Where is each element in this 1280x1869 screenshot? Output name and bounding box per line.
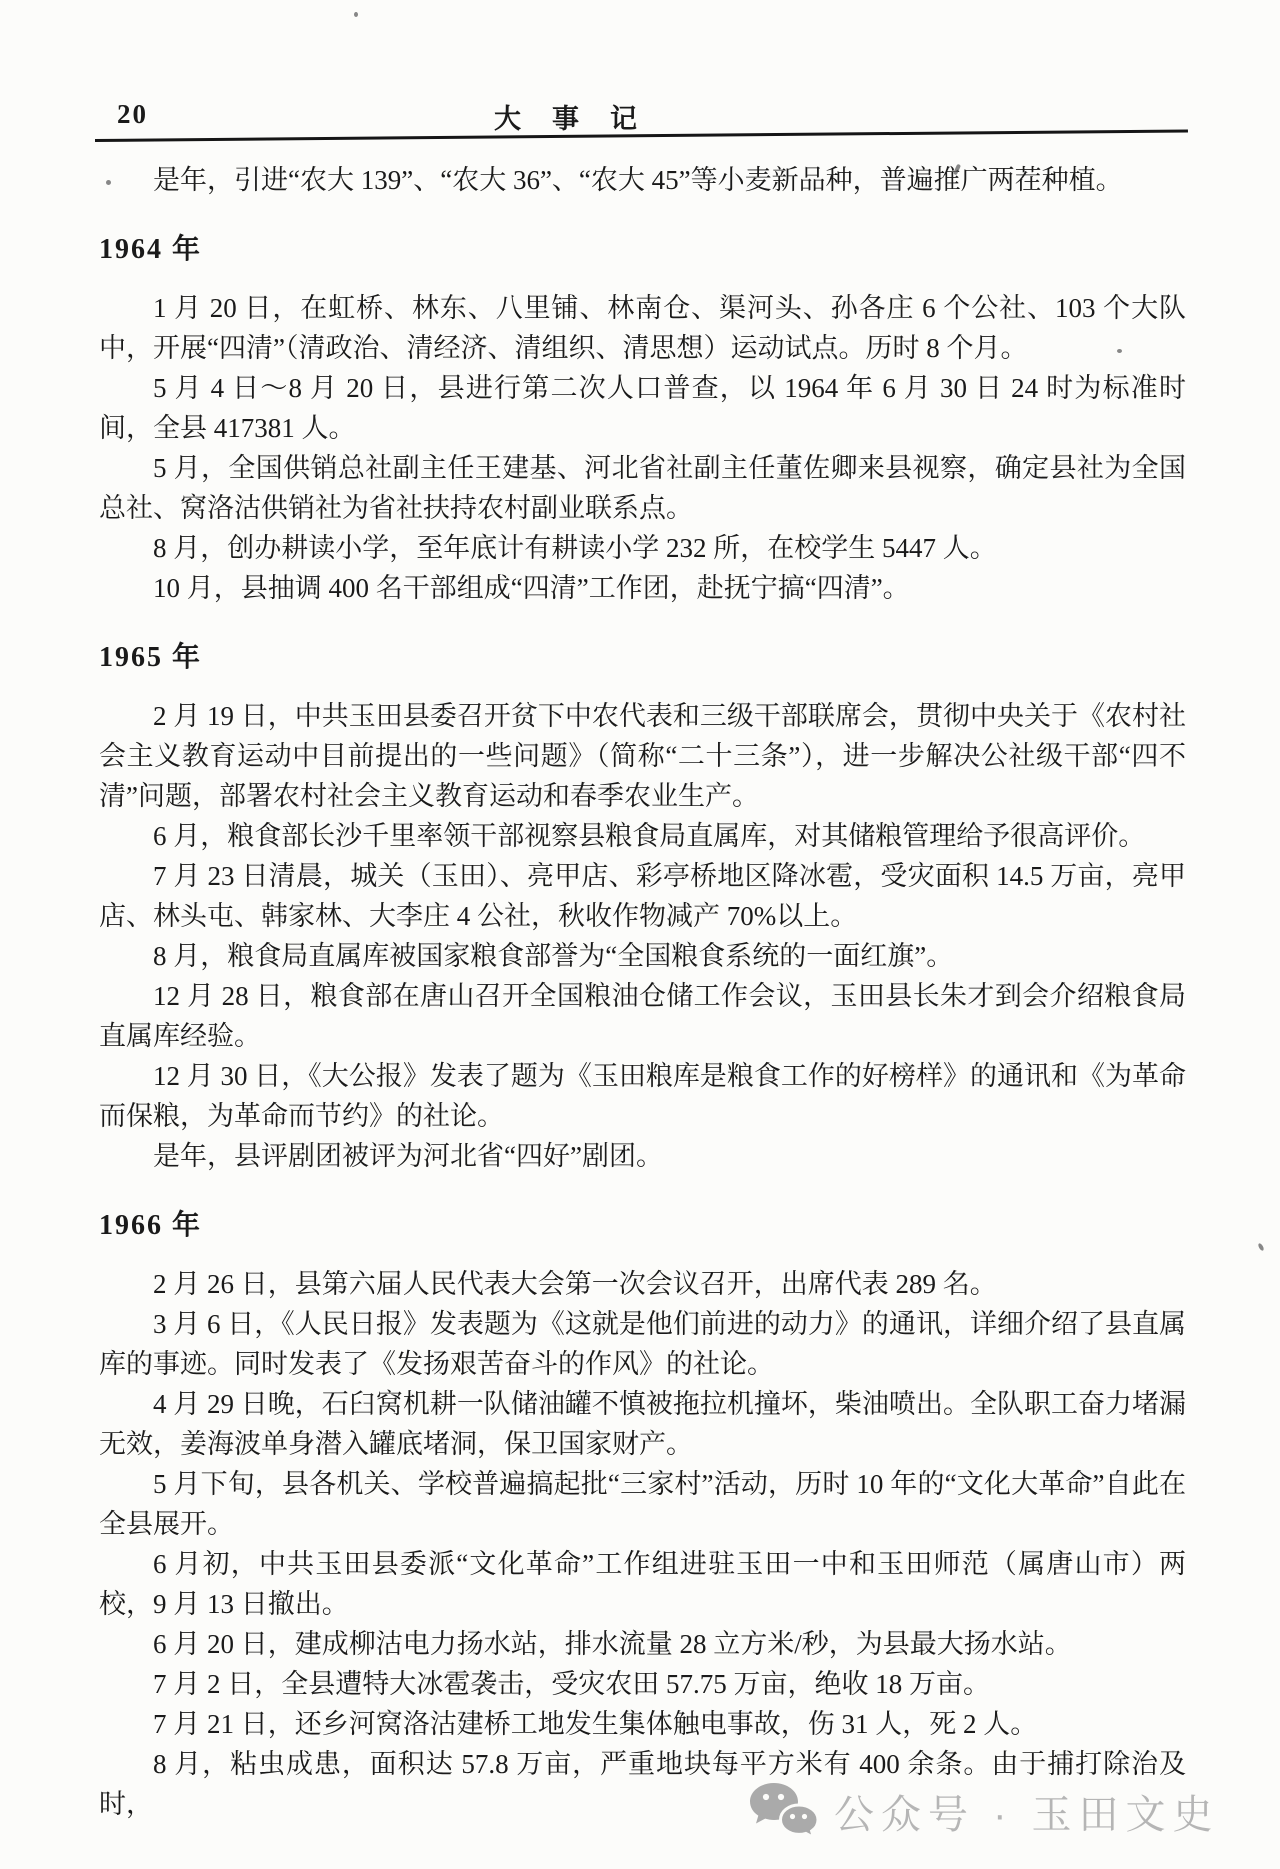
chronicle-paragraph: 6 月 20 日，建成柳沽电力扬水站，排水流量 28 立方米/秒，为县最大扬水站… [99, 1624, 1186, 1664]
scan-speck [1257, 1243, 1264, 1252]
chronicle-content: 是年，引进“农大 139”、“农大 36”、“农大 45”等小麦新品种，普遍推广… [99, 160, 1186, 1824]
chronicle-paragraph: 12 月 28 日，粮食部在唐山召开全国粮油仓储工作会议，玉田县长朱才到会介绍粮… [99, 976, 1186, 1056]
watermark-label: 公众号 · 玉田文史 [834, 1783, 1220, 1840]
chronicle-paragraph: 10 月，县抽调 400 名干部组成“四清”工作团，赴抚宁搞“四清”。 [99, 568, 1186, 608]
chronicle-paragraph: 7 月 2 日，全县遭特大冰雹袭击，受灾农田 57.75 万亩，绝收 18 万亩… [99, 1664, 1186, 1704]
watermark: 公众号 · 玉田文史 [748, 1781, 1220, 1841]
wechat-icon [748, 1781, 820, 1841]
scan-speck [106, 180, 111, 185]
chronicle-paragraph: 5 月 4 日～8 月 20 日，县进行第二次人口普查，以 1964 年 6 月… [99, 368, 1186, 448]
chronicle-paragraph: 6 月，粮食部长沙千里率领干部视察县粮食局直属库，对其储粮管理给予很高评价。 [99, 816, 1186, 856]
chronicle-paragraph: 5 月下旬，县各机关、学校普遍搞起批“三家村”活动，历时 10 年的“文化大革命… [99, 1464, 1186, 1544]
chronicle-paragraph: 4 月 29 日晚，石臼窝机耕一队储油罐不慎被拖拉机撞坏，柴油喷出。全队职工奋力… [99, 1384, 1186, 1464]
chronicle-paragraph: 7 月 21 日，还乡河窝洛沽建桥工地发生集体触电事故，伤 31 人，死 2 人… [99, 1704, 1186, 1744]
running-title: 大事记 [494, 97, 668, 136]
document-page: 20 大事记 是年，引进“农大 139”、“农大 36”、“农大 45”等小麦新… [0, 0, 1280, 1869]
chronicle-paragraph: 1 月 20 日，在虹桥、林东、八里铺、林南仓、渠河头、孙各庄 6 个公社、10… [99, 288, 1186, 368]
chronicle-paragraph: 8 月，粮食局直属库被国家粮食部誉为“全国粮食系统的一面红旗”。 [99, 936, 1186, 976]
chronicle-paragraph: 12 月 30 日，《大公报》发表了题为《玉田粮库是粮食工作的好榜样》的通讯和《… [99, 1056, 1186, 1136]
year-heading-1965: 1965 年 [99, 638, 1186, 678]
chronicle-paragraph: 2 月 26 日，县第六届人民代表大会第一次会议召开，出席代表 289 名。 [99, 1264, 1186, 1304]
scan-speck [354, 12, 358, 17]
chronicle-paragraph: 5 月，全国供销总社副主任王建基、河北省社副主任董佐卿来县视察，确定县社为全国总… [99, 448, 1186, 528]
chronicle-paragraph: 8 月，创办耕读小学，至年底计有耕读小学 232 所，在校学生 5447 人。 [99, 528, 1186, 568]
chronicle-paragraph: 6 月初，中共玉田县委派“文化革命”工作组进驻玉田一中和玉田师范（属唐山市）两校… [99, 1544, 1186, 1624]
year-heading-1964: 1964 年 [99, 230, 1186, 270]
year-heading-1966: 1966 年 [99, 1206, 1186, 1246]
chronicle-paragraph: 2 月 19 日，中共玉田县委召开贫下中农代表和三级干部联席会，贯彻中央关于《农… [99, 696, 1186, 816]
page-number: 20 [117, 99, 148, 130]
chronicle-paragraph: 是年，县评剧团被评为河北省“四好”剧团。 [99, 1136, 1186, 1176]
scan-speck [1117, 349, 1122, 353]
chronicle-paragraph: 7 月 23 日清晨，城关（玉田）、亮甲店、彩亭桥地区降冰雹，受灾面积 14.5… [99, 856, 1186, 936]
chronicle-paragraph: 3 月 6 日，《人民日报》发表题为《这就是他们前进的动力》的通讯，详细介绍了县… [99, 1304, 1186, 1384]
chronicle-paragraph: 是年，引进“农大 139”、“农大 36”、“农大 45”等小麦新品种，普遍推广… [99, 160, 1186, 200]
